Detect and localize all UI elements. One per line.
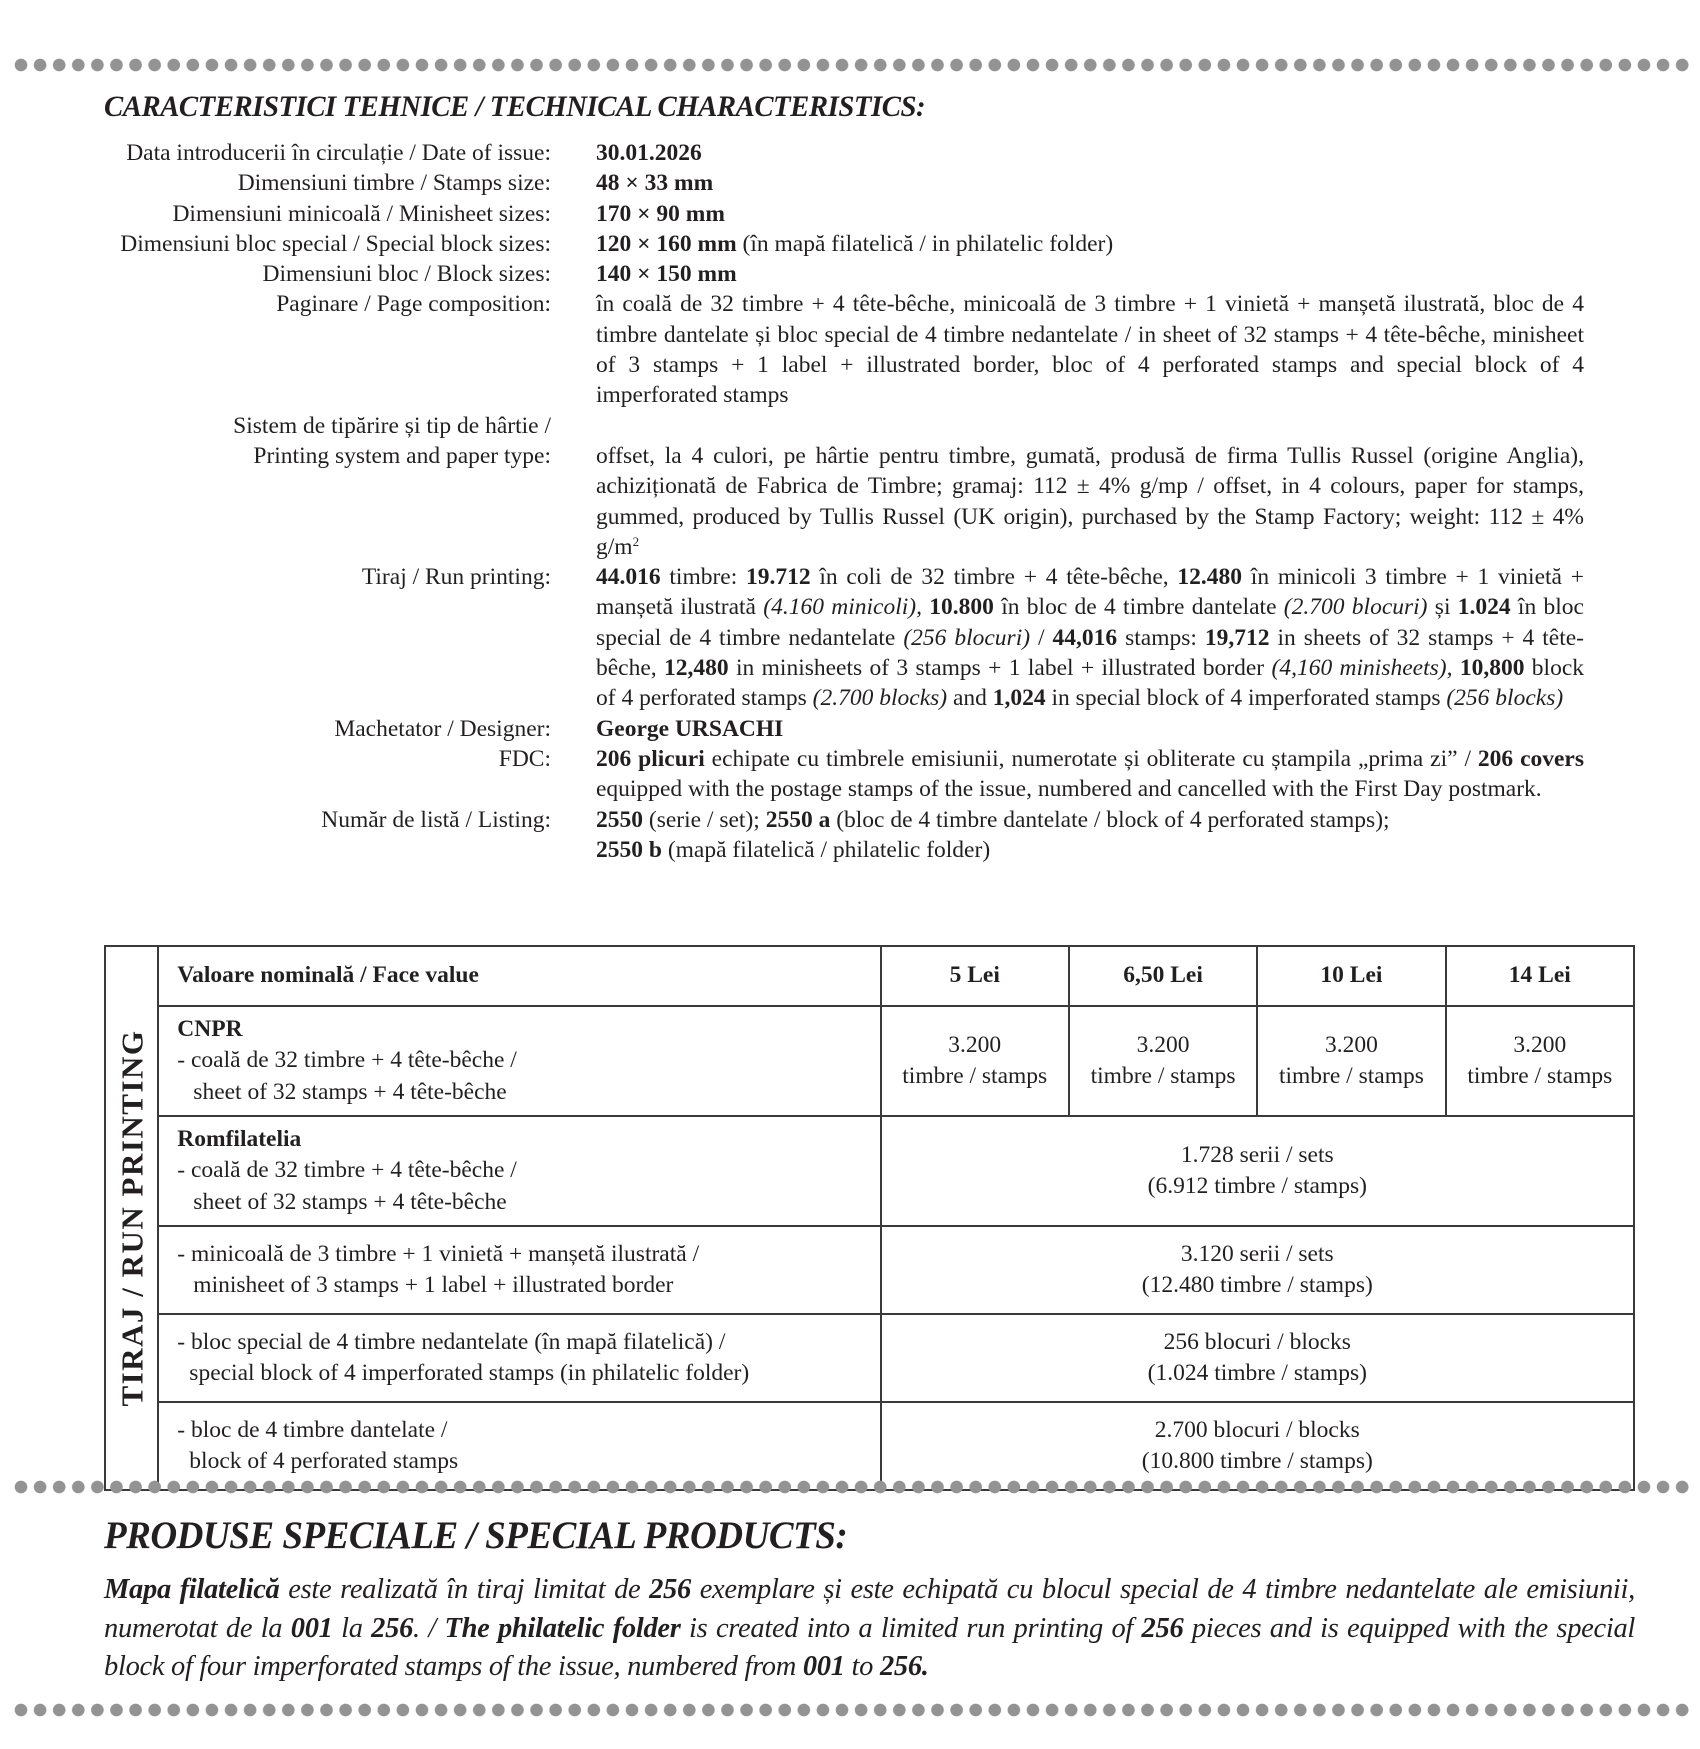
face-value-5: 5 Lei: [881, 946, 1069, 1006]
value-line: 2.700 blocuri / blocks: [882, 1415, 1633, 1447]
special-block-value: 256 blocuri / blocks(1.024 timbre / stam…: [881, 1314, 1634, 1402]
text: in minisheets of 3 stamps + 1 label + il…: [729, 655, 1272, 681]
spec-row-stamps-size: Dimensiuni timbre / Stamps size: 48 × 33…: [0, 168, 1700, 198]
bold-text: 10.800: [929, 594, 994, 620]
value-line: 256 blocuri / blocks: [882, 1327, 1633, 1359]
spec-row-block-size: Dimensiuni bloc / Block sizes: 140 × 150…: [0, 259, 1700, 289]
cnpr-value-6-50: 3.200timbre / stamps: [1069, 1006, 1257, 1116]
desc-line: special block of 4 imperforated stamps (…: [177, 1358, 879, 1390]
unit: timbre / stamps: [1258, 1061, 1444, 1093]
text: în coli de 32 timbre + 4 tête-bêche,: [811, 564, 1178, 590]
block-description: - bloc de 4 timbre dantelate / block of …: [158, 1402, 880, 1490]
italic-text: (256 blocks): [1446, 685, 1563, 711]
table-row-special-block: - bloc special de 4 timbre nedantelate (…: [105, 1314, 1634, 1402]
text: to: [845, 1651, 880, 1682]
text: (mapă filatelică / philatelic folder): [662, 837, 990, 863]
value-line: (1.024 timbre / stamps): [882, 1358, 1633, 1390]
spec-row-date: Data introducerii în circulație / Date o…: [0, 138, 1700, 168]
bold-text: 12.480: [1177, 564, 1242, 590]
romfilatelia-description: Romfilatelia - coală de 32 timbre + 4 tê…: [158, 1116, 880, 1226]
count: 3.200: [1447, 1030, 1633, 1062]
bold-text: 12,480: [664, 655, 729, 681]
special-block-description: - bloc special de 4 timbre nedantelate (…: [158, 1314, 880, 1402]
bold-text: 256: [649, 1574, 691, 1605]
spec-value-empty: [596, 411, 1584, 441]
text: la: [333, 1613, 372, 1644]
spec-label: Machetator / Designer:: [0, 714, 596, 744]
desc-line: sheet of 32 stamps + 4 tête-bêche: [177, 1077, 879, 1109]
value-line: (6.912 timbre / stamps): [882, 1171, 1633, 1203]
spec-value: 2550 (serie / set); 2550 a (bloc de 4 ti…: [596, 805, 1584, 866]
spec-label: FDC:: [0, 744, 596, 805]
spec-label: Data introducerii în circulație / Date o…: [0, 138, 596, 168]
text: stamps:: [1117, 625, 1205, 651]
dot-separator-middle: [14, 1480, 1694, 1494]
minisheet-value: 3.120 serii / sets(12.480 timbre / stamp…: [881, 1226, 1634, 1314]
bold-text: 19,712: [1205, 625, 1270, 651]
spec-value: 48 × 33 mm: [596, 168, 1584, 198]
special-products-title: PRODUSE SPECIALE / SPECIAL PRODUCTS:: [104, 1513, 847, 1558]
spec-label: Printing system and paper type:: [0, 441, 596, 562]
bold-text: 1.024: [1458, 594, 1511, 620]
dot-separator-bottom: [14, 1703, 1694, 1717]
spec-value: 140 × 150 mm: [596, 259, 1584, 289]
bold-text: 256.: [880, 1651, 929, 1682]
romfilatelia-title: Romfilatelia: [177, 1124, 879, 1156]
bold-text: 10,800: [1460, 655, 1525, 681]
desc-line: - bloc de 4 timbre dantelate /: [177, 1415, 879, 1447]
italic-text: (2.700 blocuri): [1284, 594, 1428, 620]
count: 3.200: [1258, 1030, 1444, 1062]
special-block-size-note: (în mapă filatelică / in philatelic fold…: [737, 231, 1114, 257]
bold-text: 2550 a: [766, 807, 831, 833]
face-value-header: Valoare nominală / Face value: [158, 946, 880, 1006]
unit: timbre / stamps: [882, 1061, 1068, 1093]
block-size-value: 140 × 150 mm: [596, 261, 737, 287]
desc-line: sheet of 32 stamps + 4 tête-bêche: [177, 1187, 879, 1219]
bold-text: 001: [803, 1651, 845, 1682]
superscript: 2: [633, 534, 640, 549]
text: timbre:: [661, 564, 746, 590]
unit: timbre / stamps: [1447, 1061, 1633, 1093]
special-block-size-value: 120 × 160 mm: [596, 231, 737, 257]
text: equipped with the postage stamps of the …: [596, 776, 1542, 802]
bold-text: 256: [371, 1613, 413, 1644]
spec-row-designer: Machetator / Designer: George URSACHI: [0, 714, 1700, 744]
stamps-size-value: 48 × 33 mm: [596, 170, 713, 196]
spec-row-printing: Printing system and paper type: offset, …: [0, 441, 1700, 562]
designer-name: George URSACHI: [596, 716, 783, 742]
table-row-romfilatelia: Romfilatelia - coală de 32 timbre + 4 tê…: [105, 1116, 1634, 1226]
bold-text: The philatelic folder: [444, 1613, 680, 1644]
spec-row-minisheet-size: Dimensiuni minicoală / Minisheet sizes: …: [0, 199, 1700, 229]
romfilatelia-value: 1.728 serii / sets(6.912 timbre / stamps…: [881, 1116, 1634, 1226]
spec-label: Dimensiuni timbre / Stamps size:: [0, 168, 596, 198]
value-line: (12.480 timbre / stamps): [882, 1270, 1633, 1302]
italic-text: (4.160 minicoli),: [763, 594, 922, 620]
bold-text: 256: [1142, 1613, 1184, 1644]
spec-label: Număr de listă / Listing:: [0, 805, 596, 866]
text: (bloc de 4 timbre dantelate / block of 4…: [830, 807, 1389, 833]
printing-value: offset, la 4 culori, pe hârtie pentru ti…: [596, 443, 1584, 560]
listing-line-1: 2550 (serie / set); 2550 a (bloc de 4 ti…: [596, 805, 1584, 835]
italic-text: (2.700 blocks): [813, 685, 947, 711]
cnpr-value-5: 3.200timbre / stamps: [881, 1006, 1069, 1116]
cnpr-value-14: 3.200timbre / stamps: [1446, 1006, 1634, 1116]
spec-value: 44.016 timbre: 19.712 în coli de 32 timb…: [596, 562, 1584, 713]
spec-row-printing-label-1: Sistem de tipărire și tip de hârtie /: [0, 411, 1700, 441]
spec-label: Dimensiuni bloc / Block sizes:: [0, 259, 596, 289]
spec-label: Paginare / Page composition:: [0, 289, 596, 410]
spec-label: Dimensiuni bloc special / Special block …: [0, 229, 596, 259]
date-of-issue: 30.01.2026: [596, 140, 702, 166]
text: în bloc de 4 timbre dantelate: [994, 594, 1284, 620]
technical-specs-list: Data introducerii în circulație / Date o…: [0, 138, 1700, 865]
text: (serie / set);: [643, 807, 766, 833]
desc-line: - coală de 32 timbre + 4 tête-bêche /: [177, 1155, 879, 1187]
italic-text: (256 blocuri): [903, 625, 1030, 651]
desc-line: minisheet of 3 stamps + 1 label + illust…: [177, 1270, 879, 1302]
desc-line: block of 4 perforated stamps: [177, 1446, 879, 1478]
spec-value: George URSACHI: [596, 714, 1584, 744]
desc-line: - minicoală de 3 timbre + 1 vinietă + ma…: [177, 1239, 879, 1271]
cnpr-description: CNPR - coală de 32 timbre + 4 tête-bêche…: [158, 1006, 880, 1116]
count: 3.200: [882, 1030, 1068, 1062]
spec-row-special-block-size: Dimensiuni bloc special / Special block …: [0, 229, 1700, 259]
text: in special block of 4 imperforated stamp…: [1046, 685, 1447, 711]
table-header-row: TIRAJ / RUN PRINTING Valoare nominală / …: [105, 946, 1634, 1006]
spec-label: Tiraj / Run printing:: [0, 562, 596, 713]
text: și: [1428, 594, 1458, 620]
run-printing-table: TIRAJ / RUN PRINTING Valoare nominală / …: [104, 945, 1635, 1491]
bold-text: 19.712: [746, 564, 811, 590]
bold-text: 1,024: [993, 685, 1046, 711]
table-row-cnpr: CNPR - coală de 32 timbre + 4 tête-bêche…: [105, 1006, 1634, 1116]
spec-row-fdc: FDC: 206 plicuri echipate cu timbrele em…: [0, 744, 1700, 805]
minisheet-size-value: 170 × 90 mm: [596, 201, 725, 227]
technical-characteristics-title: CARACTERISTICI TEHNICE / TECHNICAL CHARA…: [104, 90, 925, 124]
spec-row-page-composition: Paginare / Page composition: în coală de…: [0, 289, 1700, 410]
cnpr-value-10: 3.200timbre / stamps: [1257, 1006, 1445, 1116]
spec-value: offset, la 4 culori, pe hârtie pentru ti…: [596, 441, 1584, 562]
side-label-cell: TIRAJ / RUN PRINTING: [105, 946, 158, 1490]
value-line: 1.728 serii / sets: [882, 1140, 1633, 1172]
unit: timbre / stamps: [1070, 1061, 1256, 1093]
spec-row-listing: Număr de listă / Listing: 2550 (serie / …: [0, 805, 1700, 866]
spec-row-run-printing: Tiraj / Run printing: 44.016 timbre: 19.…: [0, 562, 1700, 713]
bold-text: 206 covers: [1478, 746, 1584, 772]
special-products-description: Mapa filatelică este realizată în tiraj …: [104, 1571, 1635, 1687]
spec-value: 170 × 90 mm: [596, 199, 1584, 229]
spec-value: 30.01.2026: [596, 138, 1584, 168]
bold-text: 44.016: [596, 564, 661, 590]
spec-label: Sistem de tipărire și tip de hârtie /: [0, 411, 596, 441]
value-line: 3.120 serii / sets: [882, 1239, 1633, 1271]
bold-text: 44,016: [1053, 625, 1118, 651]
spec-value: 120 × 160 mm (în mapă filatelică / in ph…: [596, 229, 1584, 259]
desc-line: - bloc special de 4 timbre nedantelate (…: [177, 1327, 879, 1359]
face-value-6-50: 6,50 Lei: [1069, 946, 1257, 1006]
italic-text: (4,160 minisheets),: [1272, 655, 1453, 681]
text: is created into a limited run printing o…: [681, 1613, 1142, 1644]
text: echipate cu timbrele emisiunii, numerota…: [705, 746, 1478, 772]
bold-text: 001: [291, 1613, 333, 1644]
table-row-block: - bloc de 4 timbre dantelate / block of …: [105, 1402, 1634, 1490]
text: [1452, 655, 1459, 681]
desc-line: - coală de 32 timbre + 4 tête-bêche /: [177, 1045, 879, 1077]
table-row-minisheet: - minicoală de 3 timbre + 1 vinietă + ma…: [105, 1226, 1634, 1314]
dot-separator-top: [14, 58, 1694, 72]
text: /: [1030, 625, 1052, 651]
face-value-10: 10 Lei: [1257, 946, 1445, 1006]
bold-text: 206 plicuri: [596, 746, 705, 772]
value-line: (10.800 timbre / stamps): [882, 1446, 1633, 1478]
text: and: [947, 685, 993, 711]
listing-line-2: 2550 b (mapă filatelică / philatelic fol…: [596, 835, 1584, 865]
bold-text: 2550: [596, 807, 643, 833]
bold-text: 2550 b: [596, 837, 662, 863]
spec-label: Dimensiuni minicoală / Minisheet sizes:: [0, 199, 596, 229]
block-value: 2.700 blocuri / blocks(10.800 timbre / s…: [881, 1402, 1634, 1490]
text: este realizată în tiraj limitat de: [280, 1574, 650, 1605]
face-value-14: 14 Lei: [1446, 946, 1634, 1006]
minisheet-description: - minicoală de 3 timbre + 1 vinietă + ma…: [158, 1226, 880, 1314]
run-printing-side-label: TIRAJ / RUN PRINTING: [116, 1029, 148, 1406]
bold-text: Mapa filatelică: [104, 1574, 280, 1605]
text: . /: [413, 1613, 444, 1644]
spec-value: în coală de 32 timbre + 4 tête-bêche, mi…: [596, 289, 1584, 410]
spec-value: 206 plicuri echipate cu timbrele emisiun…: [596, 744, 1584, 805]
cnpr-title: CNPR: [177, 1014, 879, 1046]
count: 3.200: [1070, 1030, 1256, 1062]
